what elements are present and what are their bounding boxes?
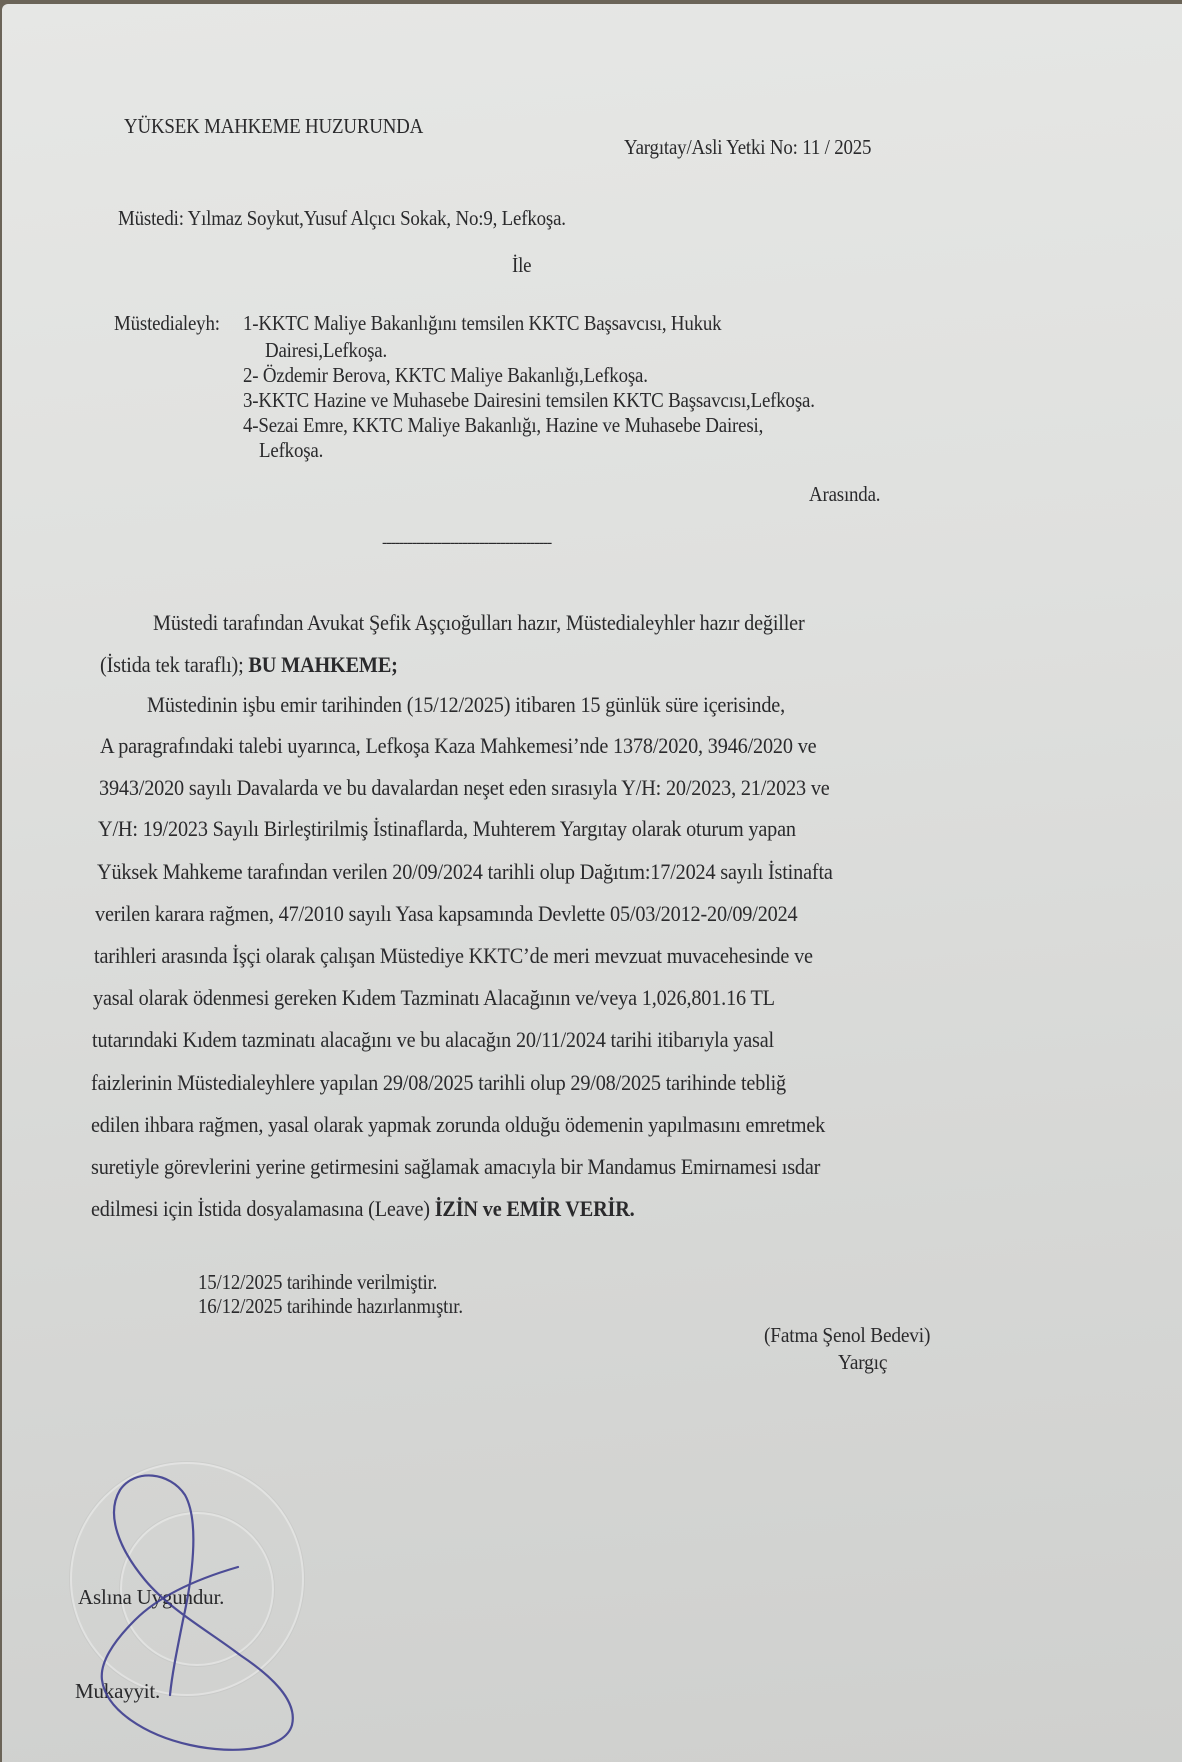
respondent-2: 2- Özdemir Berova, KKTC Maliye Bakanlığı… — [243, 363, 648, 388]
conjunction: İle — [512, 253, 531, 278]
court-heading: YÜKSEK MAHKEME HUZURUNDA — [124, 114, 423, 139]
body-line-1: Müstedi tarafından Avukat Şefik Aşçıoğul… — [153, 610, 805, 636]
body-line: tarihleri arasında İşçi olarak çalışan M… — [94, 943, 813, 969]
body-line: suretiyle görevlerini yerine getirmesini… — [91, 1154, 820, 1180]
respondents-label: Müstedialeyh: — [114, 311, 220, 336]
body-line: verilen karara rağmen, 47/2010 sayılı Ya… — [95, 901, 797, 927]
order-decision: İZİN ve EMİR VERİR. — [435, 1196, 635, 1221]
registrar-label: Mukayyit. — [75, 1679, 160, 1704]
separator-line: ---------------------------------------- — [382, 534, 551, 552]
court-order-heading: BU MAHKEME; — [248, 652, 397, 677]
applicant: Müstedi: Yılmaz Soykut,Yusuf Alçıcı Soka… — [118, 206, 566, 231]
respondent-4-cont: Lefkoşa. — [259, 438, 323, 463]
date-prepared: 16/12/2025 tarihinde hazırlanmıştır. — [198, 1294, 463, 1319]
body-line: 3943/2020 sayılı Davalarda ve bu davalar… — [99, 775, 830, 801]
respondent-1-cont: Dairesi,Lefkoşa. — [265, 338, 387, 363]
body-line: A paragrafındaki talebi uyarınca, Lefkoş… — [100, 733, 816, 759]
case-number: Yargıtay/Asli Yetki No: 11 / 2025 — [624, 135, 871, 160]
respondent-1: 1-KKTC Maliye Bakanlığını temsilen KKTC … — [243, 311, 721, 336]
between-label: Arasında. — [809, 482, 880, 507]
body-line: yasal olarak ödenmesi gereken Kıdem Tazm… — [93, 985, 775, 1011]
respondent-4: 4-Sezai Emre, KKTC Maliye Bakanlığı, Haz… — [243, 413, 763, 438]
judge-name: (Fatma Şenol Bedevi) — [764, 1323, 930, 1348]
body-line: Y/H: 19/2023 Sayılı Birleştirilmiş İstin… — [98, 816, 796, 842]
respondent-3: 3-KKTC Hazine ve Muhasebe Dairesini tems… — [243, 388, 815, 413]
body-line: Müstedinin işbu emir tarihinden (15/12/2… — [147, 692, 785, 718]
document-page: YÜKSEK MAHKEME HUZURUNDA Yargıtay/Asli Y… — [2, 4, 1182, 1762]
body-line: faizlerinin Müstedialeyhlere yapılan 29/… — [91, 1070, 786, 1096]
body-line: edilen ihbara rağmen, yasal olarak yapma… — [91, 1112, 825, 1138]
body-line: Yüksek Mahkeme tarafından verilen 20/09/… — [97, 859, 833, 885]
body-line-final: edilmesi için İstida dosyalamasına (Leav… — [91, 1196, 635, 1222]
certified-true-copy: Aslına Uygundur. — [78, 1585, 224, 1610]
date-given: 15/12/2025 tarihinde verilmiştir. — [198, 1270, 437, 1295]
body-line: tutarındaki Kıdem tazminatı alacağını ve… — [92, 1027, 774, 1053]
judge-title: Yargıç — [838, 1350, 887, 1375]
body-line-2: (İstida tek taraflı); BU MAHKEME; — [100, 652, 398, 678]
